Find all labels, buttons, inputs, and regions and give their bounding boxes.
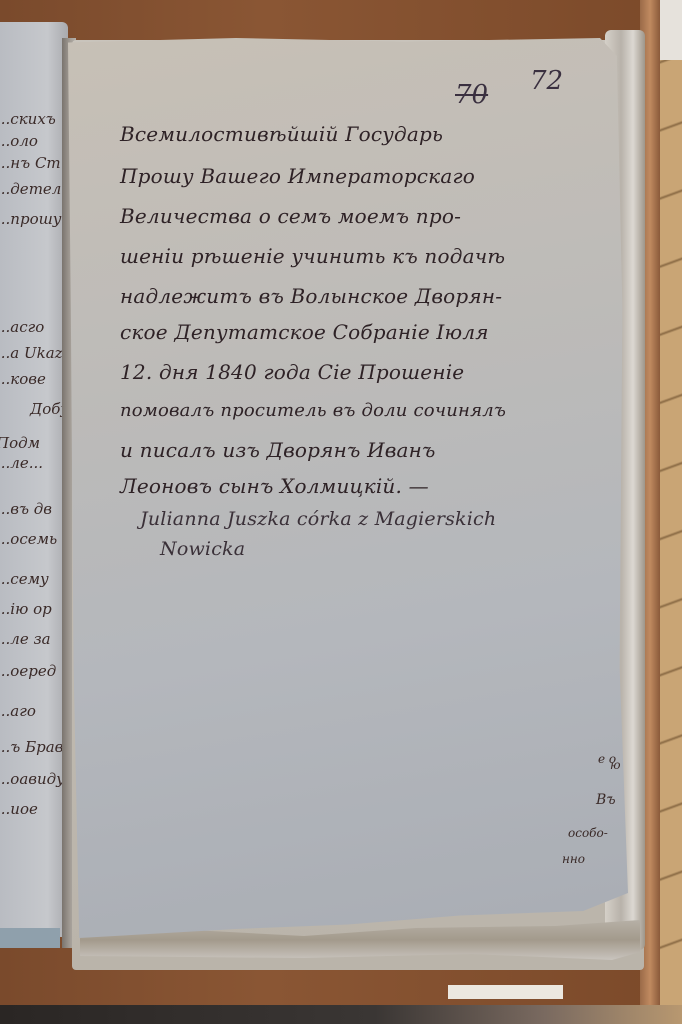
manuscript-line: помовалъ проситель въ доли сочинялъ [120,400,506,421]
left-facing-page: ...скихъ ...оло ...нъ Ст ...детельство .… [0,22,68,937]
signature-line: Julianna Juszka córka z Magierskich [140,508,496,530]
left-fragment: Подм [0,434,40,452]
manuscript-line: 12. дня 1840 года Сіе Прошеніе [120,360,464,384]
left-page-cover-edge [0,928,60,948]
margin-fragment: е о [598,752,616,766]
margin-fragment: нно [562,852,585,866]
left-fragment: ...а Ukaz [0,344,63,362]
manuscript-line: и писалъ изъ Дворянъ Иванъ [120,438,436,462]
left-fragment: ...сему [0,570,49,588]
folio-number: 72 [530,66,563,96]
left-fragment: ...оавиду [0,770,65,788]
margin-fragment: Въ [596,792,616,808]
left-fragment: ...осемь [0,530,57,548]
manuscript-line: Леоновъ сынъ Холмицкій. — [120,474,429,498]
left-fragment: ...ію ор [0,600,52,618]
left-fragment: ...прошу [0,210,62,228]
margin-fragment: особо- [568,826,608,840]
manuscript-line: Всемилостивѣйшій Государь [120,122,443,146]
left-fragment: ...аго [0,702,36,720]
left-fragment: ...оло [0,132,38,150]
table-front-edge [0,1005,682,1024]
manuscript-line: шеніи рѣшеніе учинить къ подачѣ [120,244,505,268]
left-fragment: ...нъ Ст [0,154,61,172]
left-fragment: ...ъ Брав [0,738,63,756]
left-fragment: ...ле за [0,630,51,648]
left-fragment: ...въ дв [0,500,52,518]
left-fragment: ...асго [0,318,44,336]
manuscript-line: ское Депутатское Собраніе Іюля [120,320,489,344]
manuscript-line: Величества о семъ моемъ про- [120,204,461,228]
manuscript-line: Прошу Вашего Императорскаго [120,164,475,188]
signature-line: Nowicka [160,538,245,560]
left-fragment: ...детельство [0,180,68,198]
left-fragment: ...скихъ [0,110,56,128]
left-fragment: ...ле... [0,454,43,472]
left-fragment: ...кове [0,370,46,388]
left-fragment: ...иое [0,800,38,818]
left-fragment: ...оеред [0,662,56,680]
folio-number-struck: 70 [455,80,488,110]
manuscript-line: надлежитъ въ Волынское Дворян- [120,284,502,308]
protruding-slip [448,985,563,999]
